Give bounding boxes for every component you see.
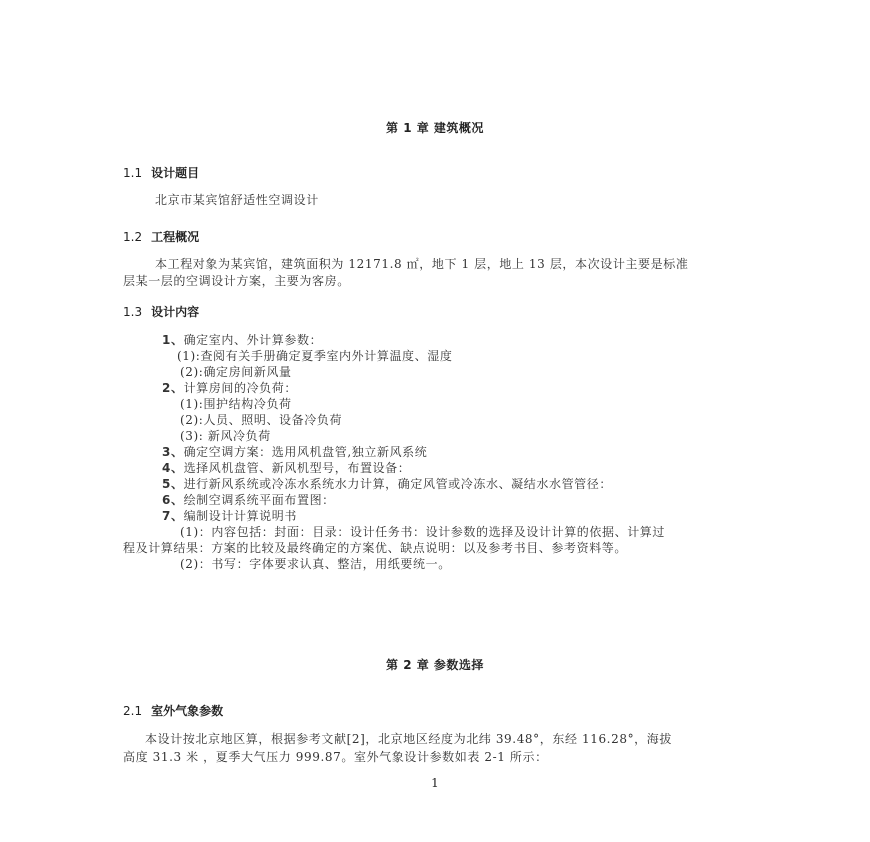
list-item: 7、编制设计计算说明书 xyxy=(162,508,297,524)
list-item: 2、计算房间的冷负荷： xyxy=(162,380,297,396)
weather-params-line-2: 高度 31.3 米 ，夏季大气压力 999.87。室外气象设计参数如表 2-1 … xyxy=(123,749,548,765)
section-number: 1.3 xyxy=(123,305,142,319)
section-title: 设计题目 xyxy=(151,166,199,180)
section-1-2-heading: 1.2工程概况 xyxy=(123,229,199,245)
list-item: 4、选择风机盘管、新风机型号，布置设备： xyxy=(162,460,410,476)
section-title: 工程概况 xyxy=(151,230,199,244)
list-subitem: (3): 新风冷负荷 xyxy=(180,428,271,444)
list-subitem-continuation: 程及计算结果：方案的比较及最终确定的方案优、缺点说明：以及参考书目、参考资料等。 xyxy=(123,540,627,556)
section-title: 室外气象参数 xyxy=(151,704,223,718)
list-subitem: (1)：内容包括：封面：目录：设计任务书：设计参数的选择及设计计算的依据、计算过 xyxy=(180,524,665,540)
section-1-1-heading: 1.1设计题目 xyxy=(123,165,199,181)
section-title: 设计内容 xyxy=(151,305,199,319)
section-2-1-heading: 2.1室外气象参数 xyxy=(123,703,223,719)
list-item: 1、确定室内、外计算参数： xyxy=(162,332,322,348)
project-overview-line-1: 本工程对象为某宾馆，建筑面积为 12171.8 ㎡，地下 1 层，地上 13 层… xyxy=(155,256,688,272)
project-overview-line-2: 层某一层的空调设计方案，主要为客房。 xyxy=(123,273,350,289)
page-number: 1 xyxy=(0,775,870,791)
weather-params-line-1: 本设计按北京地区算，根据参考文献[2]，北京地区经度为北纬 39.48°，东经 … xyxy=(145,731,672,747)
design-topic-text: 北京市某宾馆舒适性空调设计 xyxy=(155,192,319,208)
chapter-1-title: 第 1 章 建筑概况 xyxy=(0,120,870,136)
list-subitem: (2):确定房间新风量 xyxy=(180,364,292,380)
list-subitem: (1):围护结构冷负荷 xyxy=(180,396,292,412)
list-subitem: (2):人员、照明、设备冷负荷 xyxy=(180,412,342,428)
section-number: 1.2 xyxy=(123,230,142,244)
list-subitem: (2)：书写：字体要求认真、整洁，用纸要统一。 xyxy=(180,556,451,572)
section-number: 2.1 xyxy=(123,704,142,718)
document-page: 第 1 章 建筑概况 1.1设计题目 北京市某宾馆舒适性空调设计 1.2工程概况… xyxy=(0,0,870,842)
chapter-2-title: 第 2 章 参数选择 xyxy=(0,657,870,673)
list-item: 5、进行新风系统或冷冻水系统水力计算，确定风管或冷冻水、凝结水水管管径： xyxy=(162,476,612,492)
list-item: 6、绘制空调系统平面布置图： xyxy=(162,492,335,508)
section-number: 1.1 xyxy=(123,166,142,180)
list-subitem: (1):查阅有关手册确定夏季室内外计算温度、湿度 xyxy=(177,348,452,364)
list-item: 3、确定空调方案：选用风机盘管,独立新风系统 xyxy=(162,444,427,460)
section-1-3-heading: 1.3设计内容 xyxy=(123,304,199,320)
